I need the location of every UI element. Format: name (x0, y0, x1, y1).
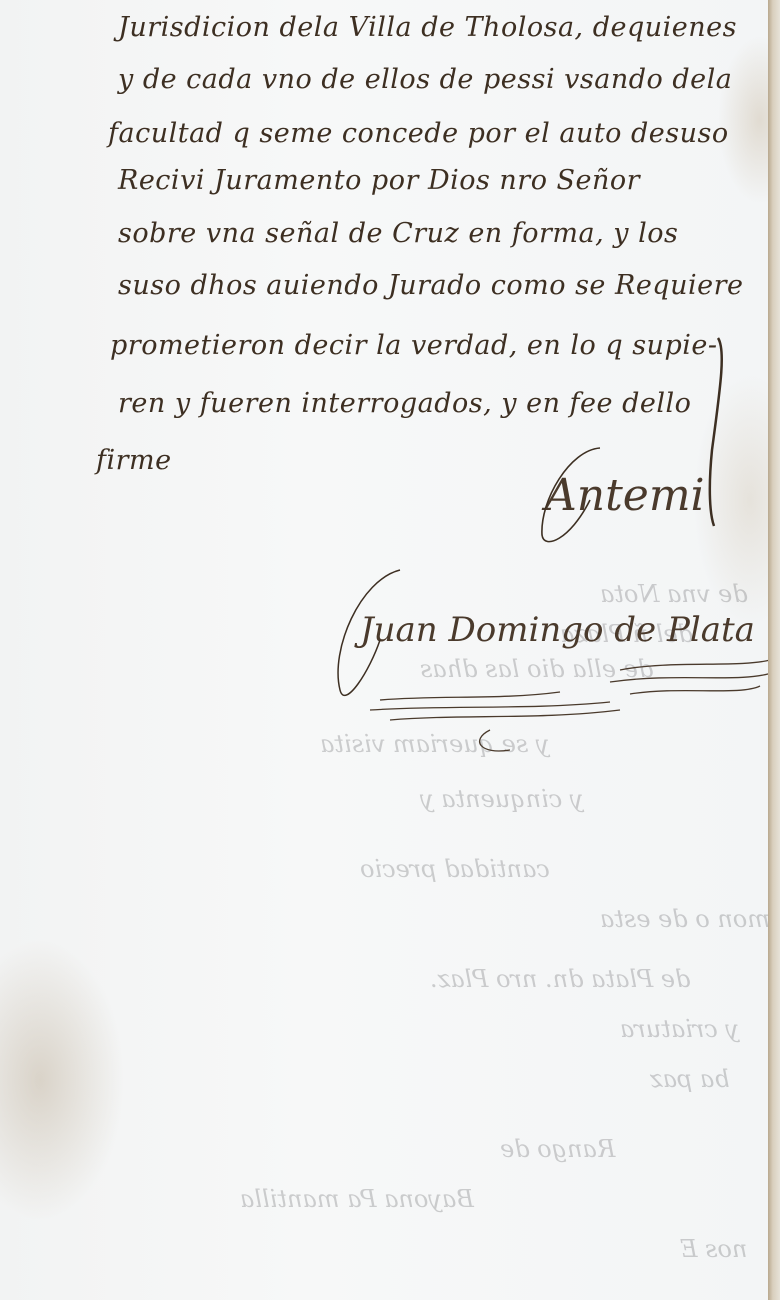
text-line-7: prometieron decir la verdad, en lo q sup… (110, 330, 717, 361)
bleed-through-line: cantidad precio (360, 855, 550, 883)
bleed-through-line: Ramon o de esta (600, 905, 780, 933)
text-line-6: suso dhos auiendo Jurado como se Requier… (118, 270, 743, 301)
bleed-through-line: de Plata dn. nro Plaz. (430, 965, 690, 993)
text-line-1: Jurisdicion dela Villa de Tholosa, dequi… (118, 12, 737, 43)
signature-paraph-icon (320, 560, 780, 760)
signature-flourish-icon (530, 440, 620, 550)
text-line-8: ren y fueren interrogados, y en fee dell… (118, 388, 691, 419)
manuscript-page: de vna Nota del ñ Plaza de ella dio las … (0, 0, 768, 1300)
text-line-2: y de cada vno de ellos de pessi vsando d… (118, 64, 732, 95)
bleed-through-line: y cinquenta y (420, 785, 583, 813)
bleed-through-line: Rango de (500, 1135, 615, 1163)
bleed-through-line: ba paz (650, 1065, 730, 1093)
bleed-through-line: Bayona Pa mantilla (240, 1185, 474, 1213)
page-edge (768, 0, 780, 1300)
text-line-3: facultad q seme concede por el auto desu… (108, 118, 729, 149)
text-line-9: firme (96, 445, 172, 476)
text-line-5: sobre vna señal de Cruz en forma, y los (118, 218, 678, 249)
bleed-through-line: y criatura (620, 1015, 739, 1043)
text-line-4: Recivi Juramento por Dios nro Señor (118, 165, 640, 196)
bleed-through-line: nos E (680, 1235, 747, 1263)
